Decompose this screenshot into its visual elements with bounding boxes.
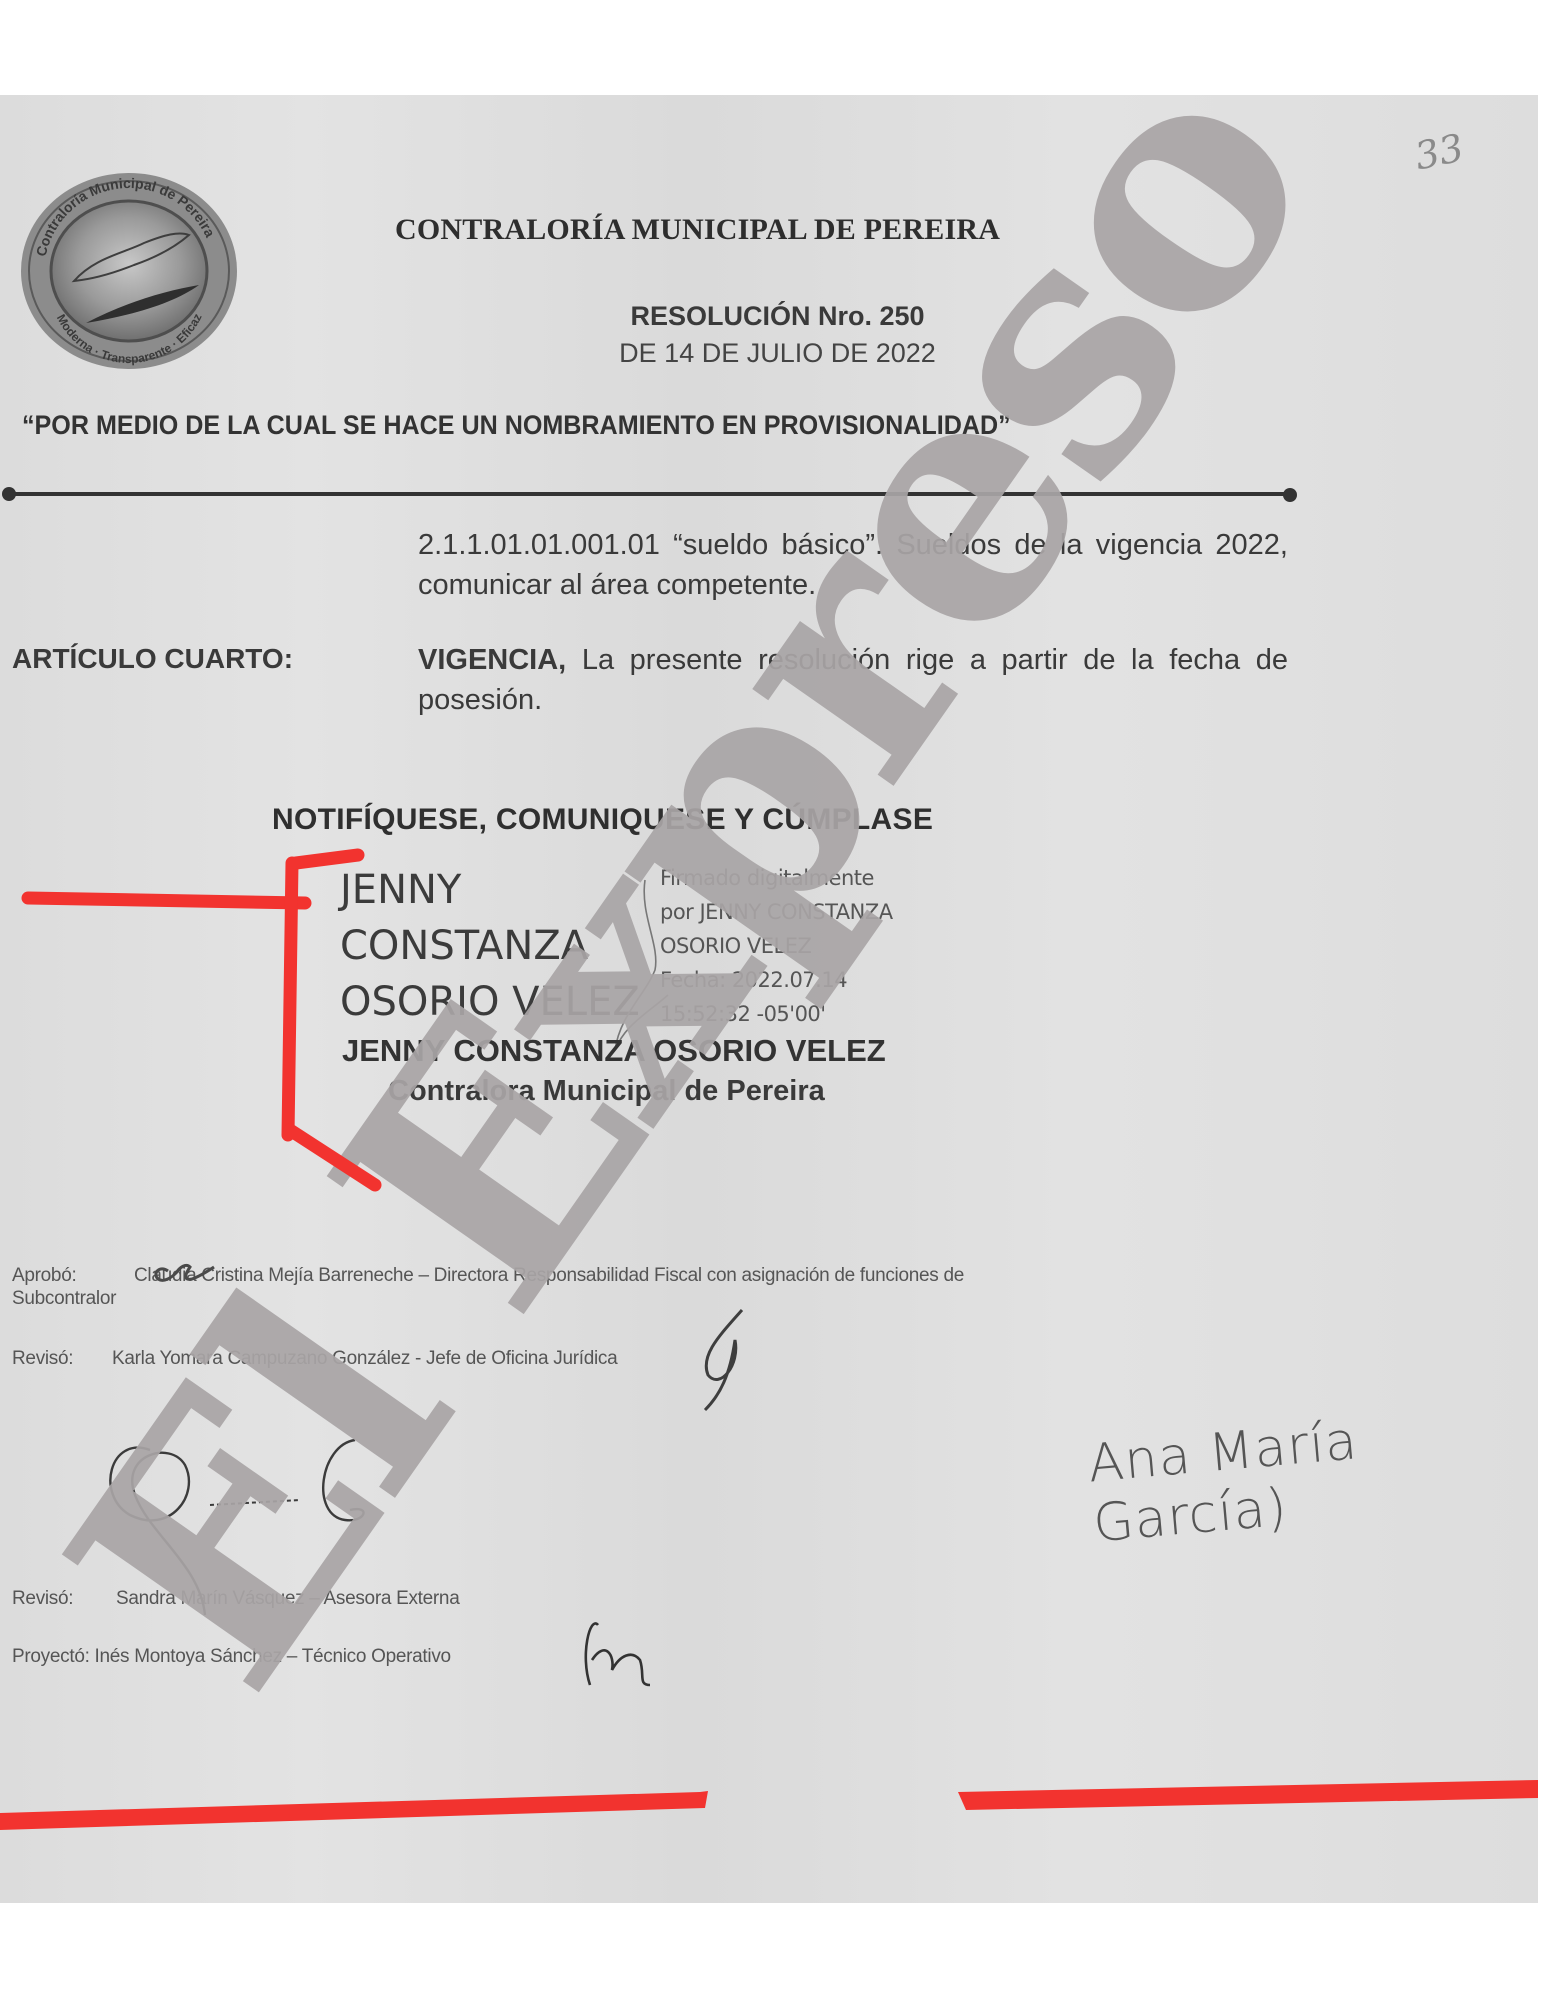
article-paragraph: VIGENCIA, La presente resolución rige a … (418, 640, 1288, 720)
projected-text: Inés Montoya Sánchez – Técnico Operativo (95, 1646, 451, 1667)
closing-formula: NOTIFÍQUESE, COMUNIQUESE Y CÚMPLASE (272, 803, 933, 837)
handwritten-note: Ana María García) (1086, 1396, 1538, 1555)
reviewed-label: Revisó: (12, 1588, 116, 1610)
resolution-date: DE 14 DE JULIO DE 2022 (0, 338, 1538, 369)
resolution-number: RESOLUCIÓN Nro. 250 (0, 301, 1538, 332)
projected-label: Proyectó: (12, 1646, 90, 1667)
reviewed-text: Sandra Marín Vásquez – Asesora Externa (116, 1588, 459, 1609)
approved-label: Aprobó: (12, 1265, 134, 1287)
reviewed-by-line-2: Revisó:Sandra Marín Vásquez – Asesora Ex… (12, 1588, 459, 1610)
divider-dot-left (2, 487, 16, 501)
signer-role: Contralora Municipal de Pereira (388, 1075, 825, 1108)
digital-signature-details: Firmado digitalmente por JENNY CONSTANZA… (660, 861, 893, 1031)
header-divider (8, 492, 1288, 496)
divider-dot-right (1283, 488, 1297, 502)
article-heading: VIGENCIA, (418, 644, 566, 676)
article-label: ARTÍCULO CUARTO: (12, 643, 293, 675)
reviewed-text: Karla Yomara Campuzano González - Jefe d… (112, 1348, 617, 1369)
approved-by-line: Aprobó:Claudia Cristina Mejía Barreneche… (12, 1265, 964, 1287)
signature-name-line: CONSTANZA (340, 918, 640, 974)
approved-text: Claudia Cristina Mejía Barreneche – Dire… (134, 1265, 964, 1286)
reviewed-label: Revisó: (12, 1348, 112, 1370)
continuation-paragraph: 2.1.1.01.01.001.01 “sueldo básico”. Suel… (418, 525, 1288, 605)
resolution-subject: “POR MEDIO DE LA CUAL SE HACE UN NOMBRAM… (22, 410, 1011, 441)
digital-signature-name: JENNY CONSTANZA OSORIO VELEZ (340, 862, 640, 1030)
signer-name: JENNY CONSTANZA OSORIO VELEZ (342, 1033, 886, 1069)
signature-name-line: OSORIO VELEZ (340, 974, 640, 1030)
scanned-document-page: Contraloría Municipal de Pereira Moderna… (0, 95, 1538, 1903)
approved-by-line-cont: Subcontralor (12, 1288, 116, 1310)
organization-title: CONTRALORÍA MUNICIPAL DE PEREIRA (395, 213, 1000, 247)
signature-name-line: JENNY (340, 862, 640, 918)
reviewed-by-line-1: Revisó:Karla Yomara Campuzano González -… (12, 1348, 617, 1370)
projected-by-line: Proyectó: Inés Montoya Sánchez – Técnico… (12, 1646, 451, 1668)
handwritten-page-number: 33 (1411, 125, 1467, 178)
